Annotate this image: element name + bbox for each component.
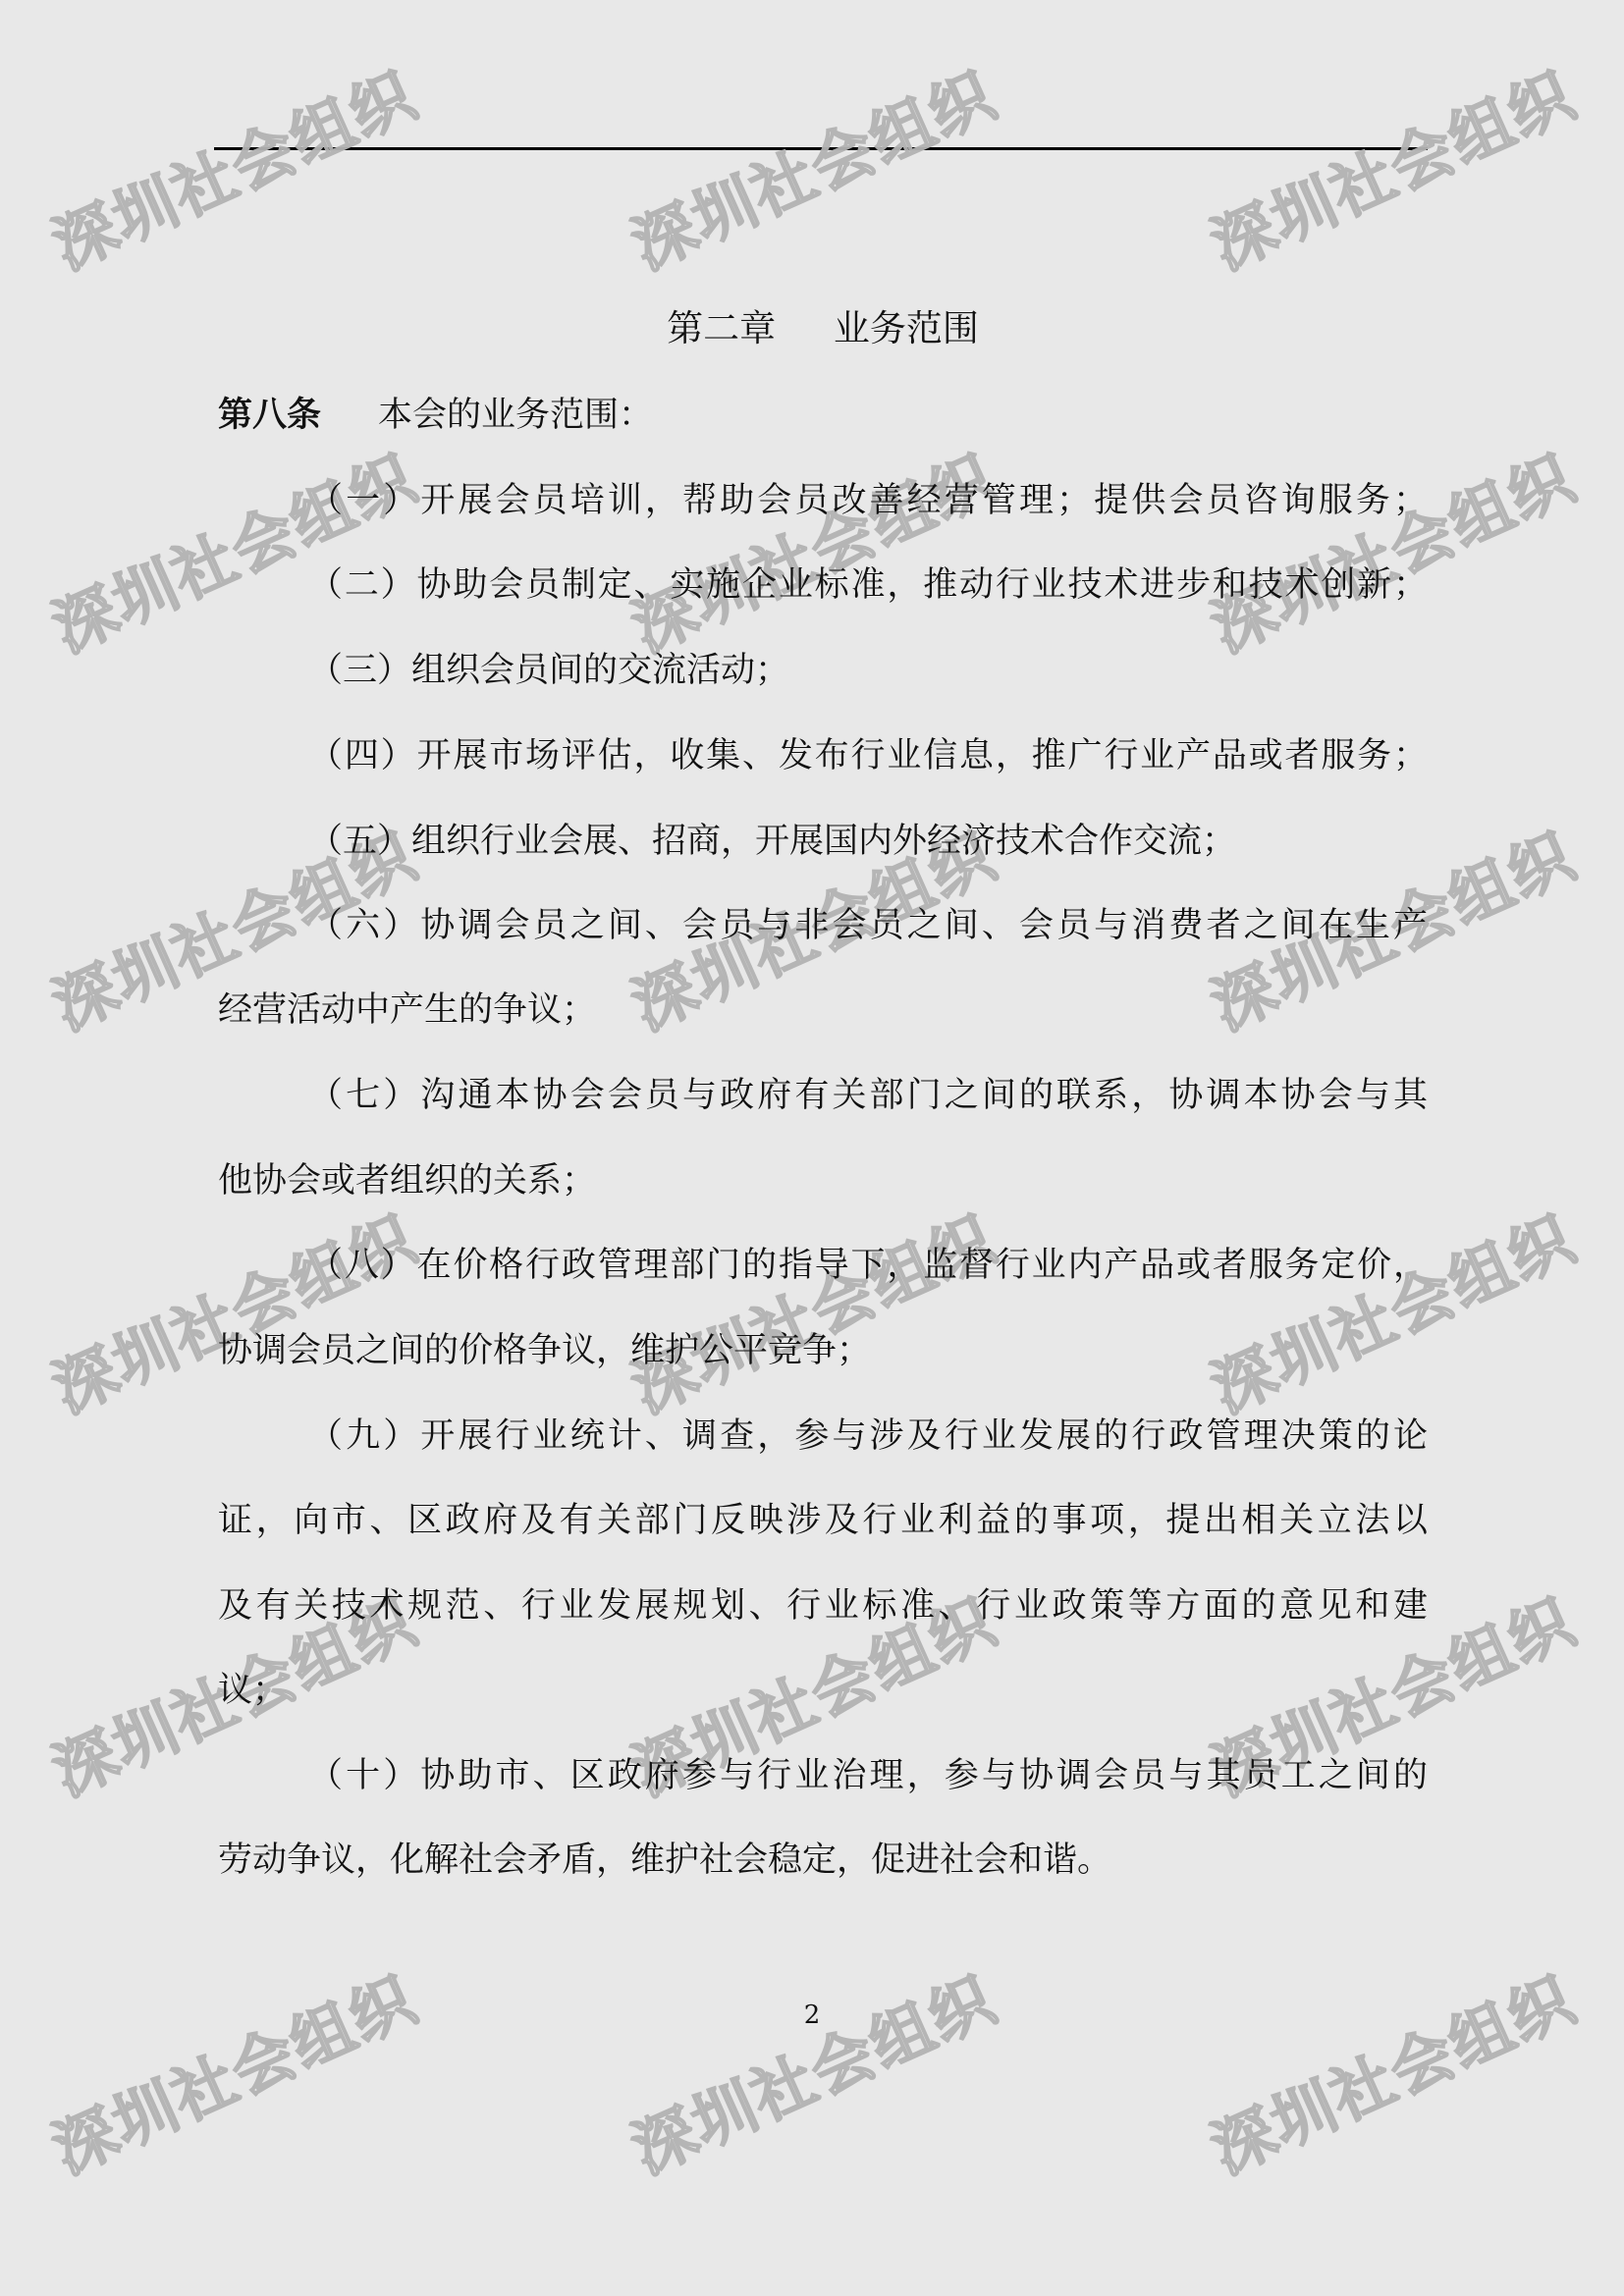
header-rule [214, 147, 1428, 150]
chapter-title: 第二章 业务范围 [218, 299, 1428, 358]
scope-item-line: （一）开展会员培训，帮助会员改善经营管理；提供会员咨询服务； [308, 476, 1428, 525]
watermark: 深圳社会组织 [37, 1950, 429, 2191]
scope-item-line: 证，向市、区政府及有关部门反映涉及行业利益的事项，提出相关立法以 [218, 1496, 1428, 1545]
document-page: 深圳社会组织 深圳社会组织 深圳社会组织 深圳社会组织 深圳社会组织 深圳社会组… [0, 0, 1624, 2296]
watermark: 深圳社会组织 [37, 429, 429, 669]
scope-item-line: （三）组织会员间的交流活动； [308, 646, 789, 695]
watermark: 深圳社会组织 [37, 46, 429, 287]
watermark: 深圳社会组织 [617, 429, 1008, 669]
watermark: 深圳社会组织 [617, 1950, 1008, 2191]
watermark: 深圳社会组织 [1196, 46, 1588, 287]
scope-item-line: 劳动争议，化解社会矛盾，维护社会稳定，促进社会和谐。 [218, 1836, 1111, 1885]
scope-item-line: 他协会或者组织的关系； [218, 1156, 596, 1205]
watermark: 深圳社会组织 [1196, 429, 1588, 669]
watermark: 深圳社会组织 [1196, 1950, 1588, 2191]
scope-item-line: （六）协调会员之间、会员与非会员之间、会员与消费者之间在生产 [308, 901, 1428, 950]
article-intro: 本会的业务范围： [378, 396, 653, 435]
scope-item-line: 议； [218, 1666, 287, 1715]
article-heading: 第八条本会的业务范围： [218, 391, 653, 440]
scope-item-line: （十）协助市、区政府参与行业治理，参与协调会员与其员工之间的 [308, 1751, 1428, 1800]
scope-item-line: （二）协助会员制定、实施企业标准，推动行业技术进步和技术创新； [308, 561, 1428, 610]
page-number: 2 [0, 2001, 1624, 2030]
scope-item-line: （四）开展市场评估，收集、发布行业信息，推广行业产品或者服务； [308, 731, 1428, 780]
scope-item-line: 及有关技术规范、行业发展规划、行业标准、行业政策等方面的意见和建 [218, 1581, 1428, 1630]
watermark: 深圳社会组织 [37, 1190, 429, 1430]
watermark: 深圳社会组织 [617, 1190, 1008, 1430]
scope-item-line: （九）开展行业统计、调查，参与涉及行业发展的行政管理决策的论 [308, 1412, 1428, 1461]
watermark: 深圳社会组织 [1196, 1190, 1588, 1430]
scope-item-line: （五）组织行业会展、招商，开展国内外经济技术合作交流； [308, 817, 1236, 866]
scope-item-line: （七）沟通本协会会员与政府有关部门之间的联系，协调本协会与其 [308, 1071, 1428, 1120]
scope-item-line: 协调会员之间的价格争议，维护公平竞争； [218, 1326, 871, 1375]
scope-item-line: 经营活动中产生的争议； [218, 986, 596, 1035]
watermark: 深圳社会组织 [617, 46, 1008, 287]
article-label: 第八条 [218, 395, 321, 435]
scope-item-line: （八）在价格行政管理部门的指导下，监督行业内产品或者服务定价， [308, 1241, 1428, 1290]
